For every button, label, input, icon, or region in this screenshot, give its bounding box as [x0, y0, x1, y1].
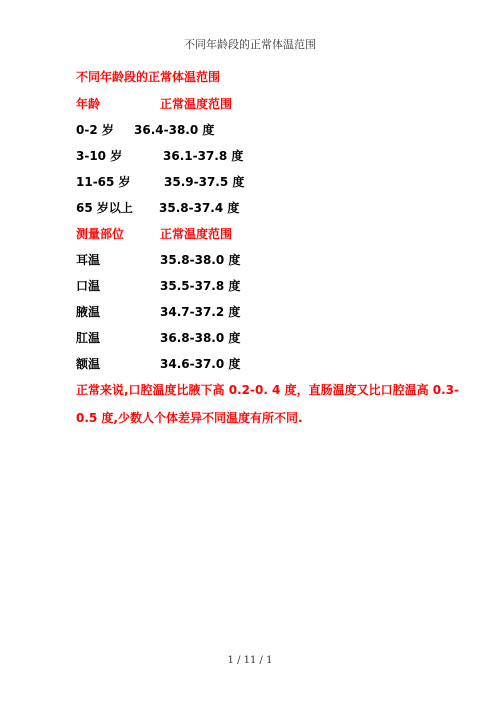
range-value: 35.8-37.4 度	[159, 199, 239, 216]
range-value: 36.8-38.0 度	[160, 329, 240, 346]
range-value: 34.7-37.2 度	[160, 303, 240, 320]
age-row: 65 岁以上 35.8-37.4 度	[76, 199, 133, 216]
site-label: 口温	[76, 279, 100, 293]
document-heading: 不同年龄段的正常体温范围	[76, 68, 220, 85]
site-header: 测量部位	[76, 227, 124, 241]
site-label: 耳温	[76, 253, 100, 267]
page-number: 1 / 11 / 1	[0, 655, 500, 666]
age-table-header: 年龄 正常温度范围	[76, 95, 100, 112]
age-label: 11-65 岁	[76, 175, 131, 189]
site-row: 耳温 35.8-38.0 度	[76, 251, 100, 268]
range-header: 正常温度范围	[160, 95, 232, 112]
range-value: 35.5-37.8 度	[160, 277, 240, 294]
site-row: 额温 34.6-37.0 度	[76, 355, 100, 372]
site-row: 腋温 34.7-37.2 度	[76, 303, 100, 320]
age-row: 0-2 岁 36.4-38.0 度	[76, 121, 114, 138]
range-value: 35.9-37.5 度	[164, 173, 244, 190]
site-table-header: 测量部位 正常温度范围	[76, 225, 124, 242]
page-header: 不同年龄段的正常体温范围	[0, 36, 500, 52]
range-value: 36.1-37.8 度	[163, 147, 243, 164]
age-header: 年龄	[76, 97, 100, 111]
age-label: 65 岁以上	[76, 201, 133, 215]
note-line-1: 正常来说,口腔温度比腋下高 0.2-0. 4 度，直肠温度又比口腔温高 0.3-	[76, 381, 459, 398]
range-value: 34.6-37.0 度	[160, 355, 240, 372]
range-value: 35.8-38.0 度	[160, 251, 240, 268]
note-line-2: 0.5 度,少数人个体差异不同温度有所不同.	[76, 409, 303, 426]
age-row: 11-65 岁 35.9-37.5 度	[76, 173, 131, 190]
site-row: 口温 35.5-37.8 度	[76, 277, 100, 294]
site-row: 肛温 36.8-38.0 度	[76, 329, 100, 346]
site-label: 肛温	[76, 331, 100, 345]
age-label: 0-2 岁	[76, 123, 114, 137]
age-label: 3-10 岁	[76, 149, 122, 163]
age-row: 3-10 岁 36.1-37.8 度	[76, 147, 122, 164]
range-value: 36.4-38.0 度	[134, 121, 214, 138]
site-label: 额温	[76, 357, 100, 371]
range-header: 正常温度范围	[160, 225, 232, 242]
site-label: 腋温	[76, 305, 100, 319]
